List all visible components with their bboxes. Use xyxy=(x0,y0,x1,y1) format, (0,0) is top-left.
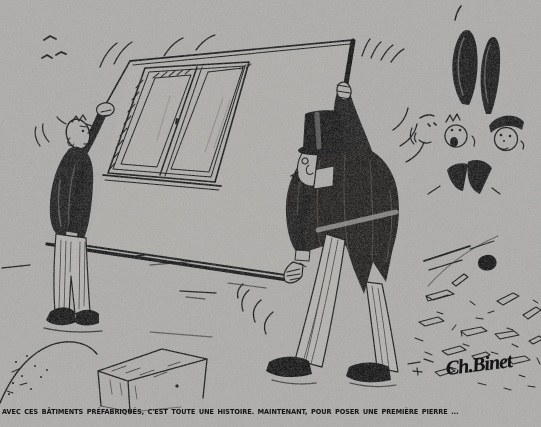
caption: AVEC CES BÂTIMENTS PRÉFABRIQUÉS, C'EST T… xyxy=(2,408,519,416)
editorial-cartoon: AVEC CES BÂTIMENTS PRÉFABRIQUÉS, C'EST T… xyxy=(0,0,541,427)
